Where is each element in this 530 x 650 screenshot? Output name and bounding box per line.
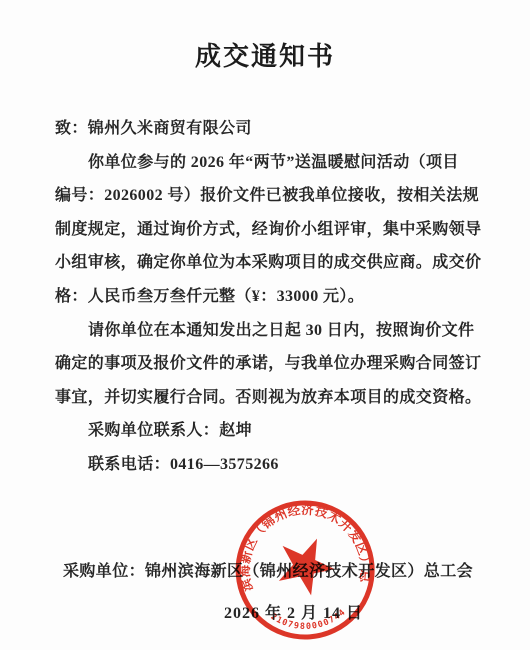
document-title: 成交通知书 [0,36,530,73]
official-seal-stamp: 锦州滨海新区（锦州经济技术开发区）总工会 2107980000744 [224,487,386,649]
price-line: 格：人民币叁万叁仟元整（¥：33000 元）。 [55,280,495,314]
seal-ring-text: 锦州滨海新区（锦州经济技术开发区）总工会 [224,487,375,595]
seal-star-icon [272,536,339,601]
body-line: 请你单位在本通知发出之日起 30 日内，按照询价文件 [55,314,495,348]
body-line: 制度规定，通过询价方式，经询价小组评审，集中采购领导 [55,213,495,247]
body-line: 事宜，并切实履行合同。否则视为放弃本项目的成交资格。 [55,381,495,415]
recipient-line: 致：锦州久米商贸有限公司 [55,112,495,146]
body-line: 确定的事项及报价文件的承诺，与我单位办理采购合同签订 [55,347,495,381]
document-body: 致：锦州久米商贸有限公司 你单位参与的 2026 年“两节”送温暖慰问活动（项目… [55,112,495,482]
body-line: 编号：2026002 号）报价文件已被我单位接收，按相关法规 [55,179,495,213]
contact-person-line: 采购单位联系人：赵坤 [55,414,495,448]
contact-phone-line: 联系电话：0416—3575266 [55,448,495,482]
notice-document-page: 成交通知书 致：锦州久米商贸有限公司 你单位参与的 2026 年“两节”送温暖慰… [0,0,530,650]
body-line: 你单位参与的 2026 年“两节”送温暖慰问活动（项目 [55,146,495,180]
body-line: 小组审核，确定你单位为本采购项目的成交供应商。成交价 [55,246,495,280]
